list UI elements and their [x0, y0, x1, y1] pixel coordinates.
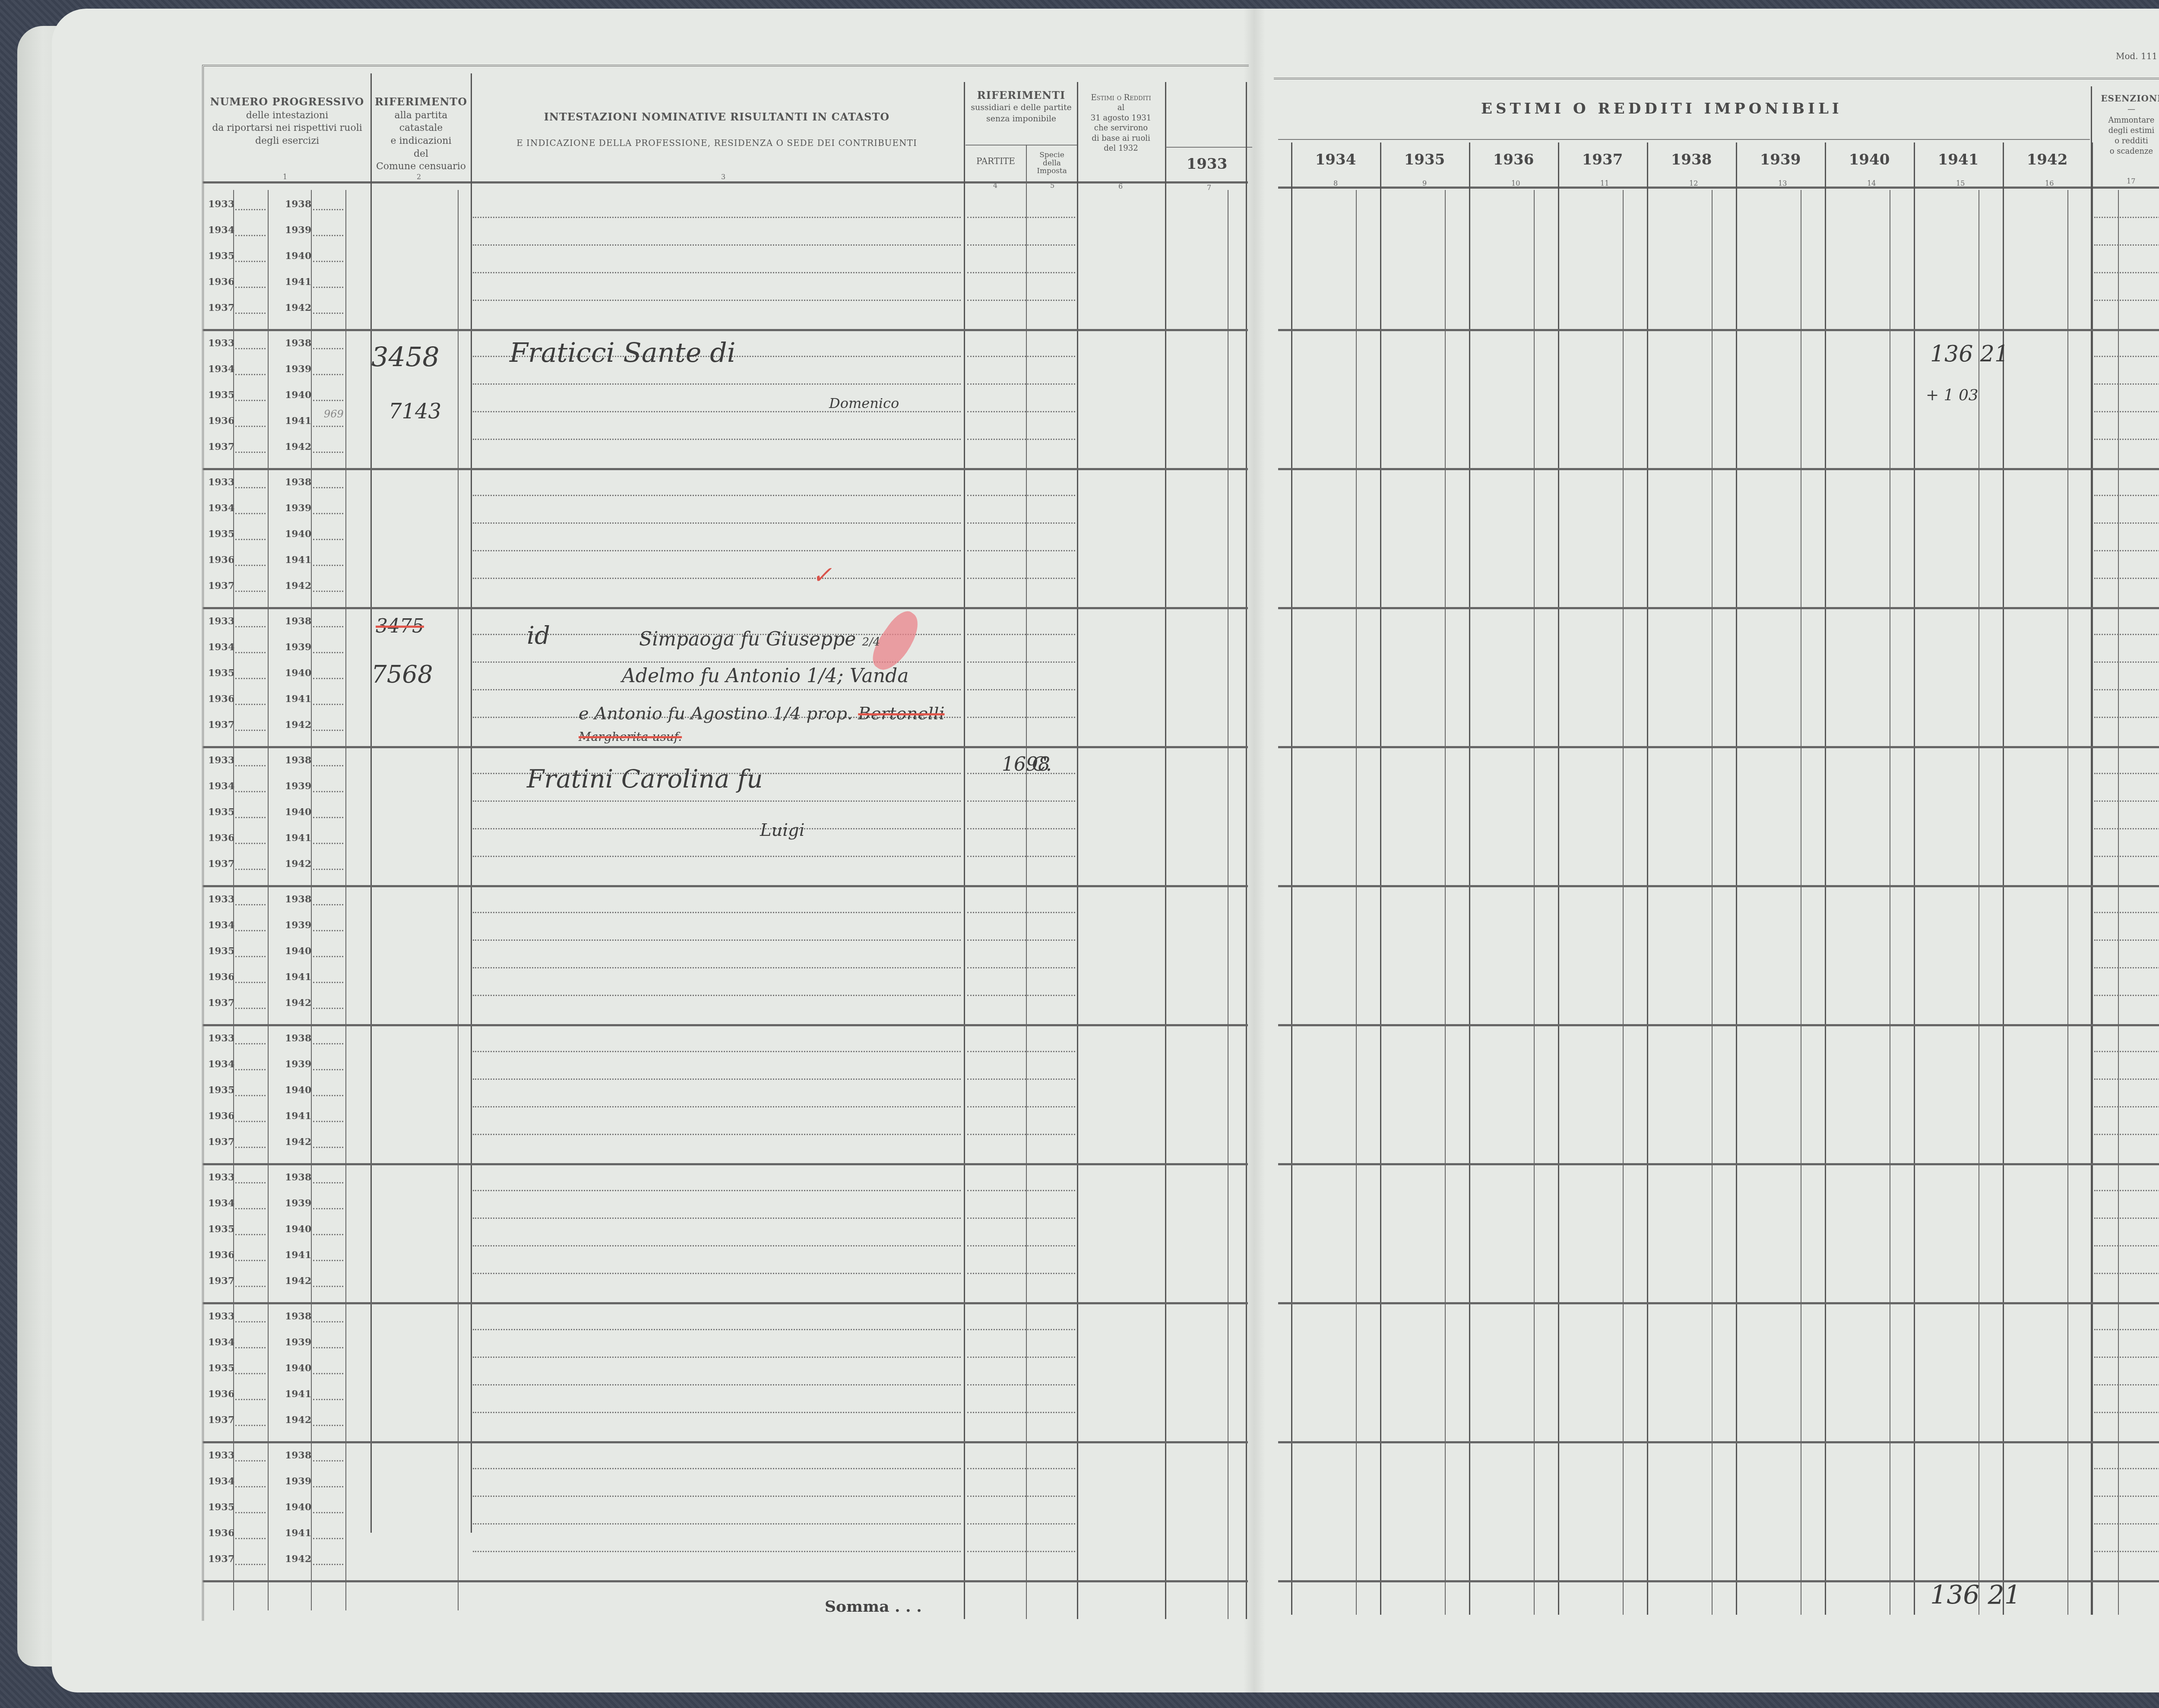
esenzioni-fill-line[interactable] [2094, 1468, 2159, 1469]
name-fill-line[interactable] [473, 912, 961, 913]
partite-fill-line[interactable] [967, 828, 1075, 829]
esenzioni-fill-line[interactable] [2094, 856, 2159, 857]
row-year-b: 1942 [285, 1275, 311, 1287]
col-divider [1380, 142, 1381, 1615]
cents-divider [1712, 190, 1713, 1615]
year-fill-line[interactable] [235, 930, 266, 931]
esenzioni-fill-line[interactable] [2094, 689, 2159, 690]
row-year-b: 1939 [285, 1059, 311, 1070]
year-fill-line[interactable] [235, 1095, 266, 1096]
esenzioni-fill-line[interactable] [2094, 439, 2159, 440]
year-fill-line[interactable] [313, 1460, 343, 1461]
name-fill-line[interactable] [473, 1551, 961, 1552]
cents-divider [1979, 190, 1979, 1615]
year-fill-line[interactable] [235, 400, 266, 401]
row-year-a: 1937 [208, 719, 234, 731]
row-year-a: 1936 [208, 554, 234, 566]
row-year-b: 1939 [285, 225, 311, 236]
row-year-b: 1942 [285, 719, 311, 731]
col-divider [1228, 190, 1228, 1619]
row-year-b: 1940 [285, 1502, 311, 1513]
year-fill-line[interactable] [313, 487, 343, 488]
colnum-11: 11 [1600, 179, 1609, 187]
row-year-a: 1935 [208, 946, 234, 957]
partite-fill-line[interactable] [967, 1412, 1075, 1413]
colnum-5: 5 [1050, 181, 1054, 190]
year-fill-line[interactable] [235, 452, 266, 453]
esenzioni-fill-line[interactable] [2094, 1218, 2159, 1219]
esenzioni-fill-line[interactable] [2094, 217, 2159, 218]
year-fill-line[interactable] [313, 1121, 343, 1122]
name-fill-line[interactable] [473, 967, 961, 968]
partite-fill-line[interactable] [967, 689, 1075, 690]
row-year-a: 1937 [208, 1136, 234, 1148]
partite-fill-line[interactable] [967, 217, 1075, 218]
partite-fill-line[interactable] [967, 356, 1075, 357]
esenzioni-fill-line[interactable] [2094, 244, 2159, 246]
name-fill-line[interactable] [473, 1218, 961, 1219]
esenzioni-fill-line[interactable] [2094, 939, 2159, 941]
row-year-a: 1933 [208, 1033, 234, 1044]
year-fill-line[interactable] [235, 513, 266, 514]
year-fill-line[interactable] [313, 678, 343, 679]
year-fill-line[interactable] [313, 1564, 343, 1565]
entry-separator [1278, 1441, 2159, 1443]
year-fill-line[interactable] [235, 1347, 266, 1348]
year-fill-line[interactable] [313, 261, 343, 262]
year-fill-line[interactable] [235, 1260, 266, 1261]
year-fill-line[interactable] [313, 652, 343, 653]
esenzioni-fill-line[interactable] [2094, 1134, 2159, 1135]
esenzioni-fill-line[interactable] [2094, 272, 2159, 273]
year-fill-line[interactable] [313, 513, 343, 514]
name-fill-line[interactable] [473, 939, 961, 941]
year-fill-line[interactable] [313, 956, 343, 957]
row-year-b: 1938 [285, 1033, 311, 1044]
esenzioni-fill-line[interactable] [2094, 1190, 2159, 1191]
name-fill-line[interactable] [473, 1134, 961, 1135]
years-header-rule [1278, 139, 2090, 140]
year-fill-line[interactable] [235, 1425, 266, 1426]
partite-fill-line[interactable] [967, 495, 1075, 496]
partite-fill-line[interactable] [967, 1523, 1075, 1525]
partite-fill-line[interactable] [967, 1329, 1075, 1330]
entry2-partita-sub: 7143 [389, 399, 441, 424]
colnum-8: 8 [1333, 179, 1338, 187]
row-year-a: 1936 [208, 693, 234, 705]
year-fill-line[interactable] [313, 765, 343, 766]
year-fill-line[interactable] [235, 539, 266, 540]
esenzioni-fill-line[interactable] [2094, 1273, 2159, 1274]
year-fill-line[interactable] [235, 843, 266, 844]
partite-fill-line[interactable] [967, 995, 1075, 996]
esenzioni-fill-line[interactable] [2094, 550, 2159, 551]
esenzioni-fill-line[interactable] [2094, 1551, 2159, 1552]
year-fill-line[interactable] [235, 1486, 266, 1487]
year-fill-line[interactable] [235, 591, 266, 592]
year-fill-line[interactable] [235, 869, 266, 870]
entry2-estimo-1941: 136 21 [1930, 341, 2009, 367]
year-fill-line[interactable] [235, 904, 266, 905]
name-fill-line[interactable] [473, 1523, 961, 1525]
name-fill-line[interactable] [473, 522, 961, 524]
esenzioni-fill-line[interactable] [2094, 1496, 2159, 1497]
year-fill-line[interactable] [313, 930, 343, 931]
row-year-a: 1936 [208, 971, 234, 983]
partite-fill-line[interactable] [967, 939, 1075, 941]
colnum-1: 1 [283, 173, 287, 181]
header-esenzioni: ESENZIONI — Ammontare degli estimi o red… [2093, 93, 2159, 157]
year-fill-line[interactable] [313, 843, 343, 844]
name-fill-line[interactable] [473, 578, 961, 579]
name-fill-line[interactable] [473, 1190, 961, 1191]
row-year-b: 1938 [285, 199, 311, 210]
entry4-name-line1: Simpaoga fu Giuseppe 2/4 [639, 628, 880, 650]
header-riferimenti-sussidiari: RIFERIMENTI sussidiari e delle partite s… [966, 89, 1077, 125]
row-year-a: 1935 [208, 1502, 234, 1513]
row-year-a: 1935 [208, 389, 234, 401]
esenzioni-fill-line[interactable] [2094, 356, 2159, 357]
name-fill-line[interactable] [473, 495, 961, 496]
year-fill-line[interactable] [235, 652, 266, 653]
year-fill-line[interactable] [235, 1182, 266, 1183]
esenzioni-fill-line[interactable] [2094, 1106, 2159, 1107]
esenzioni-fill-line[interactable] [2094, 1523, 2159, 1525]
year-fill-line[interactable] [235, 1321, 266, 1322]
name-fill-line[interactable] [473, 300, 961, 301]
year-fill-line[interactable] [313, 287, 343, 288]
entry-separator [203, 1580, 1248, 1582]
esenzioni-fill-line[interactable] [2094, 634, 2159, 635]
esenzioni-fill-line[interactable] [2094, 1384, 2159, 1385]
name-fill-line[interactable] [473, 1079, 961, 1080]
cents-divider [1445, 190, 1446, 1615]
row-year-a: 1933 [208, 755, 234, 766]
header-year-1939: 1939 [1736, 151, 1825, 168]
name-fill-line[interactable] [473, 217, 961, 218]
name-fill-line[interactable] [473, 1329, 961, 1330]
year-fill-line[interactable] [313, 400, 343, 401]
year-fill-line[interactable] [235, 1564, 266, 1565]
row-year-b: 1941 [285, 971, 311, 983]
row-year-b: 1940 [285, 667, 311, 679]
entry-separator [1278, 1580, 2159, 1582]
partite-fill-line[interactable] [967, 439, 1075, 440]
row-year-a: 1935 [208, 1085, 234, 1096]
partite-fill-line[interactable] [967, 1051, 1075, 1052]
esenzioni-fill-line[interactable] [2094, 495, 2159, 496]
year-fill-line[interactable] [313, 982, 343, 983]
row-year-a: 1933 [208, 199, 234, 210]
year-fill-line[interactable] [313, 1095, 343, 1096]
esenzioni-fill-line[interactable] [2094, 828, 2159, 829]
col-divider [1165, 82, 1166, 1619]
colnum-4: 4 [993, 181, 997, 190]
name-fill-line[interactable] [473, 550, 961, 551]
partite-fill-line[interactable] [967, 244, 1075, 246]
year-fill-line[interactable] [235, 487, 266, 488]
year-fill-line[interactable] [235, 1008, 266, 1009]
name-fill-line[interactable] [473, 1245, 961, 1246]
row-year-b: 1941 [285, 276, 311, 288]
row-year-b: 1939 [285, 920, 311, 931]
year-fill-line[interactable] [313, 1486, 343, 1487]
right-table-frame [1274, 78, 2159, 1608]
entry-separator [1278, 885, 2159, 887]
partite-fill-line[interactable] [967, 578, 1075, 579]
row-year-a: 1936 [208, 1389, 234, 1400]
year-fill-line[interactable] [235, 209, 266, 210]
partite-fill-line[interactable] [967, 522, 1075, 524]
year-fill-line[interactable] [235, 374, 266, 375]
year-fill-line[interactable] [313, 1147, 343, 1148]
year-fill-line[interactable] [235, 626, 266, 627]
esenzioni-fill-line[interactable] [2094, 995, 2159, 996]
row-year-b: 1939 [285, 781, 311, 792]
year-fill-line[interactable] [313, 539, 343, 540]
year-fill-line[interactable] [313, 817, 343, 818]
partite-fill-line[interactable] [967, 1384, 1075, 1385]
year-fill-line[interactable] [235, 1234, 266, 1235]
year-fill-line[interactable] [313, 1399, 343, 1400]
name-fill-line[interactable] [473, 1106, 961, 1107]
name-fill-line[interactable] [473, 1273, 961, 1274]
year-fill-line[interactable] [313, 1321, 343, 1322]
row-year-b: 1938 [285, 477, 311, 488]
row-year-a: 1937 [208, 1275, 234, 1287]
partite-fill-line[interactable] [967, 634, 1075, 635]
year-fill-line[interactable] [235, 704, 266, 705]
entry4-partita-struck: 3475 [376, 615, 424, 637]
year-fill-line[interactable] [235, 956, 266, 957]
year-fill-line[interactable] [313, 1234, 343, 1235]
esenzioni-fill-line[interactable] [2094, 522, 2159, 524]
col-divider [471, 73, 472, 1533]
row-year-a: 1934 [208, 781, 234, 792]
year-fill-line[interactable] [313, 1286, 343, 1287]
cents-divider [1890, 190, 1890, 1615]
name-fill-line[interactable] [473, 439, 961, 440]
esenzioni-fill-line[interactable] [2094, 967, 2159, 968]
partite-fill-line[interactable] [967, 717, 1075, 718]
esenzioni-fill-line[interactable] [2094, 912, 2159, 913]
year-fill-line[interactable] [235, 287, 266, 288]
year-fill-line[interactable] [235, 678, 266, 679]
year-fill-line[interactable] [313, 1208, 343, 1209]
partite-fill-line[interactable] [967, 1079, 1075, 1080]
row-year-a: 1935 [208, 1363, 234, 1374]
year-fill-line[interactable] [235, 426, 266, 427]
partite-fill-line[interactable] [967, 1190, 1075, 1191]
partite-fill-line[interactable] [967, 272, 1075, 273]
year-fill-line[interactable] [313, 1069, 343, 1070]
name-fill-line[interactable] [473, 1412, 961, 1413]
cents-divider [1534, 190, 1535, 1615]
year-fill-line[interactable] [313, 235, 343, 236]
year-fill-line[interactable] [235, 261, 266, 262]
row-year-b: 1942 [285, 580, 311, 591]
year-fill-line[interactable] [235, 1043, 266, 1044]
year-fill-line[interactable] [313, 1425, 343, 1426]
col-divider [345, 190, 346, 1610]
row-year-a: 1933 [208, 1172, 234, 1183]
year-fill-line[interactable] [313, 452, 343, 453]
partite-fill-line[interactable] [967, 1134, 1075, 1135]
entry4-struck-line: Margherita usuf. [579, 730, 682, 744]
year-fill-line[interactable] [313, 313, 343, 314]
year-fill-line[interactable] [313, 704, 343, 705]
partite-fill-line[interactable] [967, 411, 1075, 412]
col-divider [1558, 142, 1559, 1615]
colnum-9: 9 [1422, 179, 1427, 187]
partite-fill-line[interactable] [967, 1218, 1075, 1219]
partite-fill-line[interactable] [967, 856, 1075, 857]
name-fill-line[interactable] [473, 995, 961, 996]
year-fill-line[interactable] [235, 1512, 266, 1513]
year-fill-line[interactable] [235, 730, 266, 731]
year-fill-line[interactable] [235, 765, 266, 766]
partite-fill-line[interactable] [967, 967, 1075, 968]
esenzioni-fill-line[interactable] [2094, 1329, 2159, 1330]
partite-fill-line[interactable] [967, 383, 1075, 385]
esenzioni-fill-line[interactable] [2094, 300, 2159, 301]
header-specie-imposta: SpeciedellaImposta [1027, 151, 1077, 175]
esenzioni-fill-line[interactable] [2094, 383, 2159, 385]
year-fill-line[interactable] [235, 1286, 266, 1287]
name-fill-line[interactable] [473, 856, 961, 857]
partite-fill-line[interactable] [967, 1273, 1075, 1274]
esenzioni-fill-line[interactable] [2094, 773, 2159, 774]
name-fill-line[interactable] [473, 1384, 961, 1385]
esenzioni-fill-line[interactable] [2094, 1357, 2159, 1358]
year-fill-line[interactable] [313, 1373, 343, 1374]
year-fill-line[interactable] [313, 1347, 343, 1348]
partite-fill-line[interactable] [967, 1245, 1075, 1246]
name-fill-line[interactable] [473, 383, 961, 385]
row-year-a: 1936 [208, 1249, 234, 1261]
year-fill-line[interactable] [313, 374, 343, 375]
entry-separator [1278, 1302, 2159, 1304]
year-fill-line[interactable] [313, 591, 343, 592]
col-divider [1469, 142, 1470, 1615]
cents-divider [2067, 190, 2068, 1615]
partite-fill-line[interactable] [967, 661, 1075, 663]
year-fill-line[interactable] [313, 1008, 343, 1009]
year-fill-line[interactable] [313, 1182, 343, 1183]
partite-fill-line[interactable] [967, 800, 1075, 802]
name-fill-line[interactable] [473, 244, 961, 246]
year-fill-line[interactable] [235, 1121, 266, 1122]
name-fill-line[interactable] [473, 800, 961, 802]
year-fill-line[interactable] [235, 1373, 266, 1374]
row-year-a: 1937 [208, 997, 234, 1009]
year-fill-line[interactable] [313, 869, 343, 870]
entry-separator [1278, 607, 2159, 609]
row-year-a: 1934 [208, 364, 234, 375]
row-year-b: 1938 [285, 338, 311, 349]
year-fill-line[interactable] [235, 348, 266, 349]
esenzioni-fill-line[interactable] [2094, 717, 2159, 718]
partite-fill-line[interactable] [967, 912, 1075, 913]
year-fill-line[interactable] [235, 982, 266, 983]
esenzioni-fill-line[interactable] [2094, 411, 2159, 412]
year-fill-line[interactable] [235, 1069, 266, 1070]
year-fill-line[interactable] [313, 626, 343, 627]
name-fill-line[interactable] [473, 272, 961, 273]
row-year-a: 1933 [208, 616, 234, 627]
year-fill-line[interactable] [313, 209, 343, 210]
header-year-1942: 1942 [2003, 151, 2092, 168]
year-fill-line[interactable] [313, 565, 343, 566]
esenzioni-fill-line[interactable] [2094, 800, 2159, 802]
year-fill-line[interactable] [313, 1043, 343, 1044]
year-fill-line[interactable] [235, 1538, 266, 1539]
right-header-rule [1278, 187, 2159, 189]
col-divider [1077, 82, 1078, 1619]
year-fill-line[interactable] [313, 904, 343, 905]
year-fill-line[interactable] [313, 348, 343, 349]
name-fill-line[interactable] [473, 689, 961, 690]
entry-separator [203, 329, 1248, 331]
partite-fill-line[interactable] [967, 1106, 1075, 1107]
partite-fill-line[interactable] [967, 1468, 1075, 1469]
name-fill-line[interactable] [473, 1468, 961, 1469]
name-fill-line[interactable] [473, 1496, 961, 1497]
year-fill-line[interactable] [235, 565, 266, 566]
partite-fill-line[interactable] [967, 1551, 1075, 1552]
row-year-a: 1933 [208, 1311, 234, 1322]
row-year-a: 1937 [208, 580, 234, 591]
row-year-b: 1938 [285, 1450, 311, 1461]
year-fill-line[interactable] [313, 1260, 343, 1261]
year-fill-line[interactable] [313, 730, 343, 731]
year-fill-line[interactable] [235, 1208, 266, 1209]
year-fill-line[interactable] [235, 235, 266, 236]
year-fill-line[interactable] [235, 817, 266, 818]
row-year-b: 1941 [285, 415, 311, 427]
year-fill-line[interactable] [235, 1460, 266, 1461]
year-fill-line[interactable] [235, 313, 266, 314]
partite-fill-line[interactable] [967, 1496, 1075, 1497]
esenzioni-fill-line[interactable] [2094, 578, 2159, 579]
esenzioni-fill-line[interactable] [2094, 1051, 2159, 1052]
partite-fill-line[interactable] [967, 300, 1075, 301]
esenzioni-fill-line[interactable] [2094, 661, 2159, 663]
esenzioni-fill-line[interactable] [2094, 1412, 2159, 1413]
year-fill-line[interactable] [235, 1399, 266, 1400]
year-fill-line[interactable] [235, 791, 266, 792]
entry-separator [203, 468, 1248, 470]
row-year-b: 1941 [285, 1249, 311, 1261]
colnum-17: 17 [2127, 177, 2135, 185]
form-code: Mod. 111 - Imposte Dirette (Intercalare)… [2116, 51, 2159, 61]
left-header-rule [203, 181, 1248, 183]
name-fill-line[interactable] [473, 1051, 961, 1052]
year-fill-line[interactable] [235, 1147, 266, 1148]
year-fill-line[interactable] [313, 791, 343, 792]
row-year-b: 1940 [285, 1224, 311, 1235]
name-fill-line[interactable] [473, 1357, 961, 1358]
year-fill-line[interactable] [313, 426, 343, 427]
year-fill-line[interactable] [313, 1512, 343, 1513]
row-year-b: 1939 [285, 364, 311, 375]
partite-fill-line[interactable] [967, 1357, 1075, 1358]
partite-fill-line[interactable] [967, 550, 1075, 551]
name-fill-line[interactable] [473, 828, 961, 829]
year-fill-line[interactable] [313, 1538, 343, 1539]
esenzioni-fill-line[interactable] [2094, 1079, 2159, 1080]
esenzioni-fill-line[interactable] [2094, 1245, 2159, 1246]
